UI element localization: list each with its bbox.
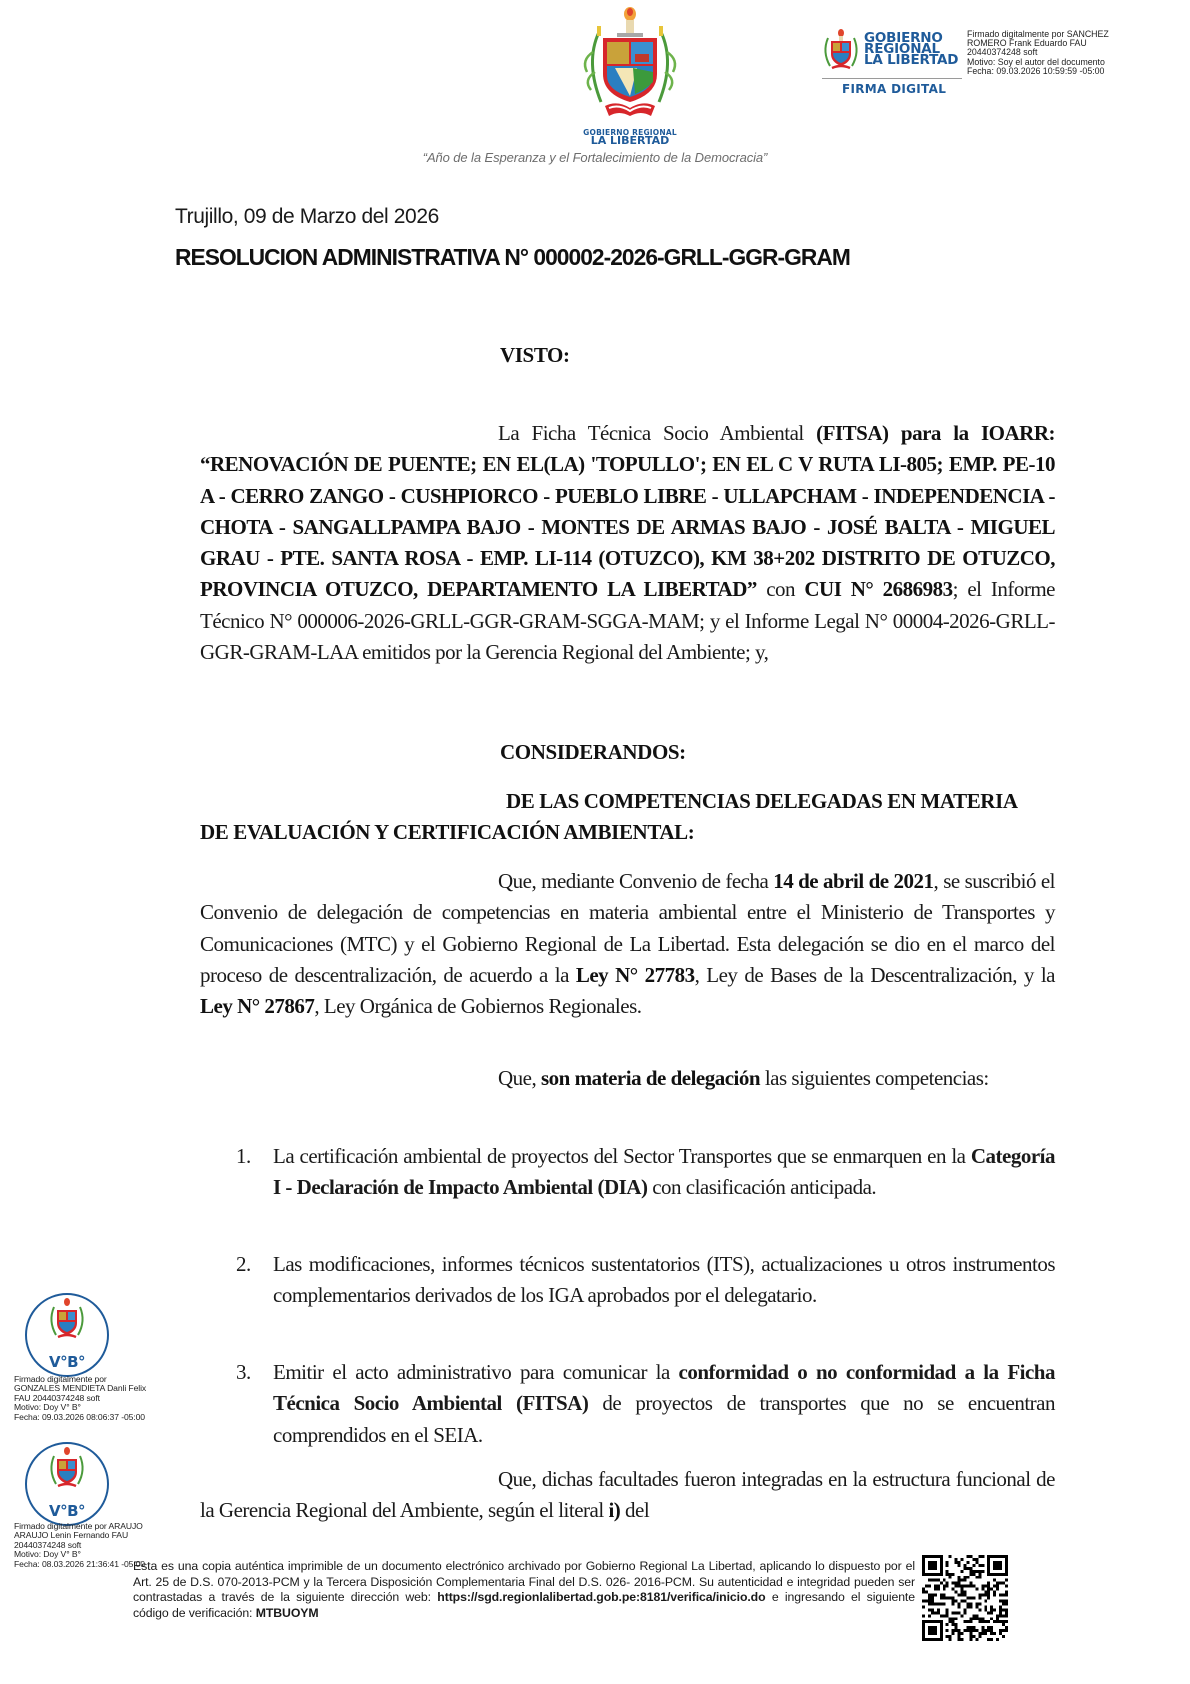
vobo-crest-icon bbox=[45, 1446, 89, 1492]
subsection-heading-line1: DE LAS COMPETENCIAS DELEGADAS EN MATERIA bbox=[506, 789, 1018, 814]
firma-digital-divider bbox=[822, 78, 962, 79]
vobo-label: V°B° bbox=[27, 1502, 107, 1520]
competencia-item-1: 1. La certificación ambiental de proyect… bbox=[200, 1141, 1055, 1204]
resolution-title: RESOLUCION ADMINISTRATIVA N° 000002-2026… bbox=[175, 244, 850, 271]
list-number: 2. bbox=[236, 1249, 251, 1280]
authenticity-footer: Esta es una copia auténtica imprimible d… bbox=[133, 1559, 915, 1621]
convenio-paragraph: Que, mediante Convenio de fecha 14 de ab… bbox=[200, 866, 1055, 1022]
vobo-stamp-1: V°B° bbox=[25, 1293, 109, 1377]
crest-org-line2: LA LIBERTAD bbox=[560, 134, 700, 147]
year-motto: “Año de la Esperanza y el Fortalecimient… bbox=[200, 150, 990, 165]
fd-org-line3: LA LIBERTAD bbox=[864, 55, 958, 66]
firma-digital-label: FIRMA DIGITAL bbox=[842, 82, 946, 96]
firma-digital-crest-icon bbox=[820, 28, 862, 74]
vobo-label: V°B° bbox=[27, 1353, 107, 1371]
firma-digital-org: GOBIERNO REGIONAL LA LIBERTAD bbox=[864, 33, 958, 66]
considerandos-heading: CONSIDERANDOS: bbox=[500, 740, 686, 765]
competencia-item-2: 2. Las modificaciones, informes técnicos… bbox=[200, 1249, 1055, 1312]
list-body: La certificación ambiental de proyectos … bbox=[273, 1141, 1055, 1204]
visto-paragraph: La Ficha Técnica Socio Ambiental (FITSA)… bbox=[200, 418, 1055, 668]
facultades-paragraph: Que, dichas facultades fueron integradas… bbox=[200, 1464, 1055, 1527]
vobo-1-signature-details: Firmado digitalmente por GONZALES MENDIE… bbox=[14, 1375, 146, 1422]
document-date: Trujillo, 09 de Marzo del 2026 bbox=[175, 205, 439, 229]
list-body: Emitir el acto administrativo para comun… bbox=[273, 1357, 1055, 1451]
list-body: Las modificaciones, informes técnicos su… bbox=[273, 1249, 1055, 1312]
competencia-item-3: 3. Emitir el acto administrativo para co… bbox=[200, 1357, 1055, 1451]
list-number: 1. bbox=[236, 1141, 251, 1172]
qr-code-icon[interactable] bbox=[922, 1555, 1008, 1641]
subsection-heading-line2: DE EVALUACIÓN Y CERTIFICACIÓN AMBIENTAL: bbox=[200, 820, 694, 845]
vobo-crest-icon bbox=[45, 1297, 89, 1343]
author-signature-details: Firmado digitalmente por SANCHEZ ROMERO … bbox=[967, 30, 1109, 76]
vobo-2-signature-details: Firmado digitalmente por ARAUJO ARAUJO L… bbox=[14, 1522, 145, 1569]
vobo-stamp-2: V°B° bbox=[25, 1442, 109, 1526]
materia-paragraph: Que, son materia de delegación las sigui… bbox=[200, 1063, 1055, 1094]
visto-heading: VISTO: bbox=[500, 343, 570, 368]
list-number: 3. bbox=[236, 1357, 251, 1388]
